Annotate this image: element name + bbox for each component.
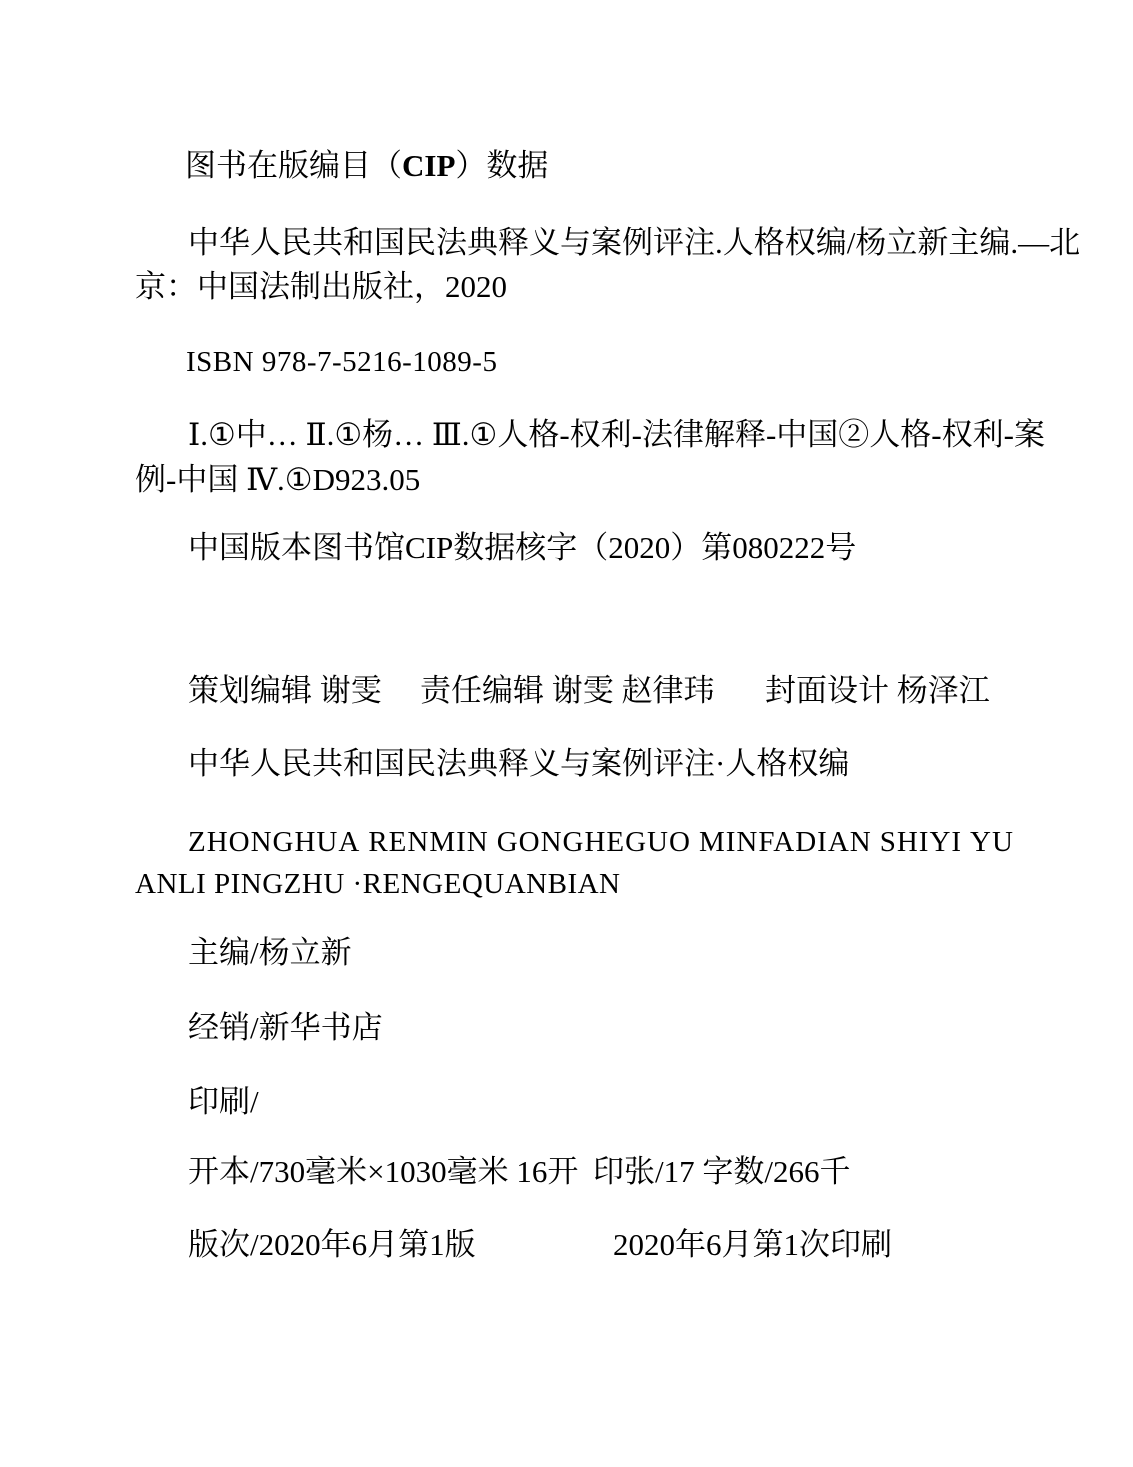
book-title-pinyin-line2: ANLI PINGZHU ·RENGEQUANBIAN <box>135 869 621 899</box>
planning-editor-credit: 策划编辑 谢雯 <box>188 675 382 708</box>
cip-heading: 图书在版编目（CIP）数据 <box>185 150 548 183</box>
distribution-line: 经销/新华书店 <box>188 1012 383 1045</box>
pinyin-word: GONGHEGUO <box>497 826 691 859</box>
cip-description-line1: 中华人民共和国民法典释义与案例评注.人格权编/杨立新主编.—北 <box>188 227 1080 260</box>
format-line: 开本/730毫米×1030毫米 16开 <box>188 1156 578 1189</box>
pinyin-word: RENMIN <box>368 826 488 859</box>
responsible-editor-credit: 责任编辑 谢雯 赵律玮 <box>420 675 715 708</box>
pinyin-word: MINFADIAN <box>699 826 872 859</box>
impression-line: 2020年6月第1次印刷 <box>613 1229 892 1262</box>
cip-classification-line2: 例-中国 Ⅳ.①D923.05 <box>135 464 420 497</box>
cip-classification-line1: Ⅰ.①中… Ⅱ.①杨… Ⅲ.①人格-权利-法律解释-中国②人格-权利-案 <box>188 419 1045 452</box>
pinyin-word: ZHONGHUA <box>188 826 360 859</box>
isbn-line: ISBN 978-7-5216-1089-5 <box>186 347 497 377</box>
edition-line: 版次/2020年6月第1版 <box>188 1229 476 1262</box>
pinyin-word: SHIYI <box>880 826 962 859</box>
cip-copyright-page: 图书在版编目（CIP）数据 中华人民共和国民法典释义与案例评注.人格权编/杨立新… <box>0 0 1133 1467</box>
sheets-words-line: 印张/17 字数/266千 <box>593 1156 850 1189</box>
chief-editor-line: 主编/杨立新 <box>188 937 352 970</box>
cip-heading-suffix: ）数据 <box>455 148 548 183</box>
book-title-pinyin-line1: ZHONGHUA RENMIN GONGHEGUO MINFADIAN SHIY… <box>188 826 1014 859</box>
printing-line: 印刷/ <box>188 1086 259 1119</box>
cover-design-credit: 封面设计 杨泽江 <box>765 675 990 708</box>
cip-acronym: CIP <box>402 148 455 183</box>
book-title-cn: 中华人民共和国民法典释义与案例评注·人格权编 <box>188 748 849 781</box>
pinyin-word: YU <box>970 826 1014 859</box>
cip-description-line2: 京：中国法制出版社，2020 <box>135 271 507 304</box>
cip-record-number: 中国版本图书馆CIP数据核字（2020）第080222号 <box>188 532 856 565</box>
cip-heading-prefix: 图书在版编目（ <box>185 148 402 183</box>
